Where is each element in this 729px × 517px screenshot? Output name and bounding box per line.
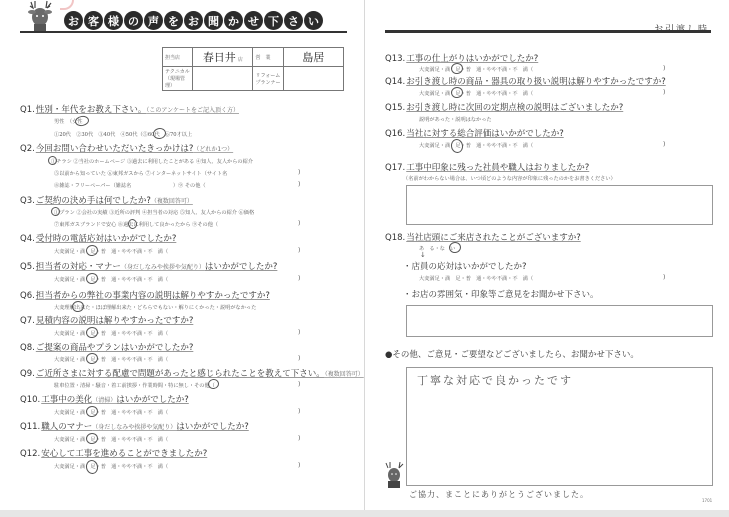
- question-note: （清掃）: [92, 397, 116, 404]
- question-text: 工事中印象に残った社員や職人はおりましたか?: [406, 163, 589, 173]
- q17-answer-box[interactable]: [406, 185, 713, 225]
- question-text: 工事の仕上がりはいかがでしたか?: [406, 54, 538, 64]
- question-note: （このアンケートをご記入頂く方）: [146, 107, 239, 114]
- q16-scale[interactable]: 大変満足・満 足・普 通・やや不満・不 満（: [419, 142, 533, 149]
- selection-circle: [71, 300, 85, 313]
- q8-scale[interactable]: 大変満足・満 足・普 通・やや不満・不 満（: [54, 356, 168, 363]
- sales-field[interactable]: 島居: [283, 48, 343, 67]
- title-char: 様: [104, 11, 123, 30]
- selection-circle: [85, 432, 99, 445]
- paren-close: ): [298, 381, 300, 388]
- paren-close: ): [298, 408, 300, 415]
- question-q18: Q18.当社店頭にご来店されたことがございますか?: [385, 231, 581, 243]
- question-text: 今回お問い合わせいただいたきっかけは?: [36, 144, 194, 154]
- question-q2: Q2.今回お問い合わせいただいたきっかけは?（どれか1つ）: [20, 142, 233, 154]
- paren-close: ): [298, 462, 300, 469]
- question-text: お引き渡し時に次回の定期点検の説明はございましたか?: [406, 103, 623, 113]
- question-q15: Q15.お引き渡し時に次回の定期点検の説明はございましたか?: [385, 101, 623, 113]
- other-comments-box[interactable]: 丁寧な対応で良かったです: [406, 367, 713, 486]
- q2-options-line1[interactable]: ①チラシ ②当社のホームページ ③過去に利用したことがある ④知人、友人からの紹…: [51, 158, 253, 165]
- question-number: Q12.: [20, 449, 40, 459]
- question-text: 職人のマナー: [41, 422, 92, 432]
- paren-close: ): [298, 181, 300, 188]
- q11-scale[interactable]: 大変満足・満 足・普 通・やや不満・不 満（: [54, 436, 168, 443]
- staff-table: 担当店 春日井店 営 業 島居 テクニカル（現場管理） リフォームプランナー: [162, 47, 344, 91]
- q10-scale[interactable]: 大変満足・満 足・普 通・やや不満・不 満（: [54, 409, 168, 416]
- technical-label: テクニカル（現場管理）: [163, 67, 193, 91]
- survey-title-bar: お 客 様 の 声 を お 聞 か せ 下 さ い: [20, 11, 347, 33]
- question-number: Q1.: [20, 105, 35, 115]
- q17-note: （名前がわからない場合は、いつ頃どのような内容が印象に残ったのかをお書きください…: [403, 175, 616, 182]
- paren-close: ): [298, 329, 300, 336]
- question-text: 性別・年代をお教え下さい。: [36, 105, 147, 115]
- title-char: を: [164, 11, 183, 30]
- selection-circle: [152, 127, 167, 140]
- question-number: Q13.: [385, 54, 405, 64]
- scan-bottom-edge: [0, 510, 729, 517]
- question-number: Q16.: [385, 129, 405, 139]
- paren-close: ): [663, 141, 665, 148]
- question-text: 担当者からの弊社の事業内容の説明は解りやすかったですか?: [36, 291, 270, 301]
- paren-close: ): [298, 220, 300, 227]
- survey-page-left: お 客 様 の 声 を お 聞 か せ 下 さ い 担当店 春日井店 営 業 島…: [0, 0, 365, 510]
- branch-suffix: 店: [238, 57, 243, 63]
- question-number: Q7.: [20, 316, 35, 326]
- deer-mascot-icon: [382, 462, 406, 488]
- q18-staff-scale[interactable]: 大変満足・満 足・普 通・やや不満・不 満（: [419, 275, 533, 282]
- question-number: Q11.: [20, 422, 40, 432]
- question-text: 見積内容の説明は解りやすかったですか?: [36, 316, 194, 326]
- question-number: Q10.: [20, 395, 40, 405]
- title-char: お: [64, 11, 83, 30]
- question-text: ご近所さまに対する配慮で問題があったと感じられたことを教えて下さい。: [36, 369, 325, 379]
- branch-field[interactable]: 春日井店: [193, 48, 253, 67]
- title-char: お: [184, 11, 203, 30]
- branch-label: 担当店: [163, 48, 193, 67]
- title-char: 客: [84, 11, 103, 30]
- selection-circle: [450, 62, 464, 75]
- q3-options-line1[interactable]: ①プラン ②会社の実績 ③近所の評判 ④担当者の対応 ⑤知人、友人からの紹介 ⑥…: [54, 209, 254, 216]
- question-text: お引き渡し時の商品・器具の取り扱い説明は解りやすかったですか?: [406, 77, 666, 87]
- question-q13: Q13.工事の仕上がりはいかがでしたか?: [385, 52, 538, 64]
- paren-close: ): [298, 247, 300, 254]
- question-q4: Q4.受付時の電話応対はいかがでしたか?: [20, 232, 176, 244]
- q14-scale[interactable]: 大変満足・満 足・普 通・やや不満・不 満（: [419, 90, 533, 97]
- selection-circle: [85, 326, 99, 339]
- section-label: お引渡し時: [654, 22, 709, 35]
- title-char: 声: [144, 11, 163, 30]
- q12-scale[interactable]: 大変満足・満 足・普 通・やや不満・不 満（: [54, 463, 168, 470]
- question-note: （複数回答可）: [151, 198, 193, 205]
- paren-close: ): [298, 435, 300, 442]
- q2-options-line3[interactable]: ⑧雑誌・フリーペーパー（雑誌名 ）⑨ その他（: [54, 182, 206, 189]
- selection-circle: [85, 244, 99, 257]
- other-comments-label: ●その他、ご意見・ご要望などございましたら、お聞かせ下さい。: [385, 348, 639, 360]
- question-number: Q18.: [385, 233, 405, 243]
- question-q11: Q11.職人のマナー（身だしなみや挨拶や気配り）はいかがでしたか?: [20, 420, 249, 432]
- question-text: はいかがでしたか?: [116, 395, 189, 405]
- title-char: さ: [284, 11, 303, 30]
- selection-circle: [207, 378, 220, 390]
- question-number: Q6.: [20, 291, 35, 301]
- paren-close: ): [298, 275, 300, 282]
- question-q10: Q10.工事中の美化（清掃）はいかがでしたか?: [20, 393, 189, 405]
- stamp-mark: [60, 0, 74, 10]
- selection-circle: [74, 115, 90, 127]
- question-number: Q8.: [20, 343, 35, 353]
- question-q14: Q14.お引き渡し時の商品・器具の取り扱い説明は解りやすかったですか?: [385, 75, 666, 87]
- question-number: Q9.: [20, 369, 35, 379]
- question-number: Q4.: [20, 234, 35, 244]
- technical-field[interactable]: [193, 67, 253, 91]
- question-text: はいかがでしたか?: [176, 422, 249, 432]
- question-q9: Q9.ご近所さまに対する配慮で問題があったと感じられたことを教えて下さい。（複数…: [20, 367, 364, 379]
- question-q12: Q12.安心して工事を進めることができましたか?: [20, 447, 207, 459]
- q5-scale[interactable]: 大変満足・満 足・普 通・やや不満・不 満（: [54, 276, 168, 283]
- question-q17: Q17.工事中印象に残った社員や職人はおりましたか?: [385, 161, 589, 173]
- selection-circle: [85, 272, 99, 285]
- question-text: 当社店頭にご来店されたことがございますか?: [406, 233, 581, 243]
- q15-options[interactable]: 説明があった・説明はなかった: [419, 116, 492, 123]
- paren-close: ): [298, 355, 300, 362]
- question-number: Q5.: [20, 262, 35, 272]
- header-rule: [385, 30, 711, 33]
- question-note: （複数回答可）: [325, 371, 364, 378]
- question-note: （身だしなみや挨拶や気配り）: [121, 264, 205, 271]
- selection-circle: [85, 459, 99, 475]
- form-code: 1701: [702, 498, 712, 503]
- q6-options[interactable]: 大変理解出来た・ほぼ理解出来た・どちらでもない・解りにくかった・説明がなかった: [54, 304, 256, 311]
- q18-sub-question-store: ・お店の雰囲気・印象等ご意見をお聞かせ下さい。: [403, 288, 599, 300]
- selection-circle: [450, 138, 464, 154]
- question-number: Q15.: [385, 103, 405, 113]
- question-q7: Q7.見積内容の説明は解りやすかったですか?: [20, 314, 193, 326]
- question-q6: Q6.担当者からの弊社の事業内容の説明は解りやすかったですか?: [20, 289, 270, 301]
- q2-options-line2[interactable]: ⑤以前から知っていた ⑥東邦ガスから ⑦インターネットサイト（サイト名: [54, 170, 227, 177]
- question-q5: Q5.担当者の対応・マナー（身だしなみや挨拶や気配り）はいかがでしたか?: [20, 260, 277, 272]
- q9-options[interactable]: 駐車位置・清掃・騒音・着工前挨拶・作業時間・特に無し・その他（: [54, 382, 215, 389]
- question-q16: Q16.当社に対する総合評価はいかがでしたか?: [385, 127, 564, 139]
- sales-label: 営 業: [253, 48, 283, 67]
- title-char: 下: [264, 11, 283, 30]
- question-text: 工事中の美化: [41, 395, 92, 405]
- question-text: はいかがでしたか?: [205, 262, 278, 272]
- title-char: い: [304, 11, 323, 30]
- paren-close: ): [663, 274, 665, 281]
- question-text: 担当者の対応・マナー: [36, 262, 121, 272]
- question-number: Q3.: [20, 196, 35, 206]
- q4-scale[interactable]: 大変満足・満 足・普 通・やや不満・不 満（: [54, 248, 168, 255]
- question-text: ご契約の決め手は何でしたか?: [36, 196, 151, 206]
- question-note: （どれか1つ）: [193, 146, 233, 153]
- survey-page-right: お引渡し時 Q13.工事の仕上がりはいかがでしたか? 大変満足・満 足・普 通・…: [365, 0, 729, 510]
- selection-circle: [85, 405, 99, 418]
- planner-label: リフォームプランナー: [253, 67, 283, 91]
- question-text: 受付時の電話応対はいかがでしたか?: [36, 234, 177, 244]
- question-q1: Q1.性別・年代をお教え下さい。（このアンケートをご記入頂く方）: [20, 103, 239, 115]
- title-char: 聞: [204, 11, 223, 30]
- paren-close: ): [663, 65, 665, 72]
- q7-scale[interactable]: 大変満足・満 足・普 通・やや不満・不 満（: [54, 330, 168, 337]
- question-number: Q17.: [385, 163, 405, 173]
- branch-value: 春日井: [203, 51, 236, 64]
- selection-circle: [450, 86, 464, 99]
- q13-scale[interactable]: 大変満足・満 足・普 通・やや不満・不 満（: [419, 66, 533, 73]
- question-text: 当社に対する総合評価はいかがでしたか?: [406, 129, 564, 139]
- title-char: か: [224, 11, 243, 30]
- selection-circle: [448, 241, 462, 254]
- q1-age-options[interactable]: ①20代 ②30代 ③40代 ④50代（⑤60代 ⑥70才以上: [54, 131, 192, 138]
- paren-close: ): [663, 89, 665, 96]
- planner-field[interactable]: [283, 67, 343, 91]
- survey-title: お 客 様 の 声 を お 聞 か せ 下 さ い: [64, 11, 323, 30]
- selection-circle: [85, 352, 99, 365]
- question-text: 安心して工事を進めることができましたか?: [41, 449, 207, 459]
- title-char: の: [124, 11, 143, 30]
- title-char: せ: [244, 11, 263, 30]
- question-q8: Q8.ご提案の商品やプランはいかがでしたか?: [20, 341, 193, 353]
- title-underline: [20, 31, 347, 33]
- q18-store-answer-box[interactable]: [406, 305, 713, 337]
- question-number: Q14.: [385, 77, 405, 87]
- question-note: （身だしなみや挨拶や気配り）: [92, 424, 176, 431]
- question-q3: Q3.ご契約の決め手は何でしたか?（複数回答可）: [20, 194, 193, 206]
- arrow-down-icon: ↓: [420, 251, 426, 259]
- question-text: ご提案の商品やプランはいかがでしたか?: [36, 343, 194, 353]
- question-number: Q2.: [20, 144, 35, 154]
- paren-close: ): [298, 169, 300, 176]
- q18-sub-question-staff: ・店員の応対はいかがでしたか?: [403, 260, 527, 272]
- thanks-message: ご協力、まことにありがとうございました。: [409, 489, 589, 500]
- other-comments-answer: 丁寧な対応で良かったです: [417, 372, 573, 388]
